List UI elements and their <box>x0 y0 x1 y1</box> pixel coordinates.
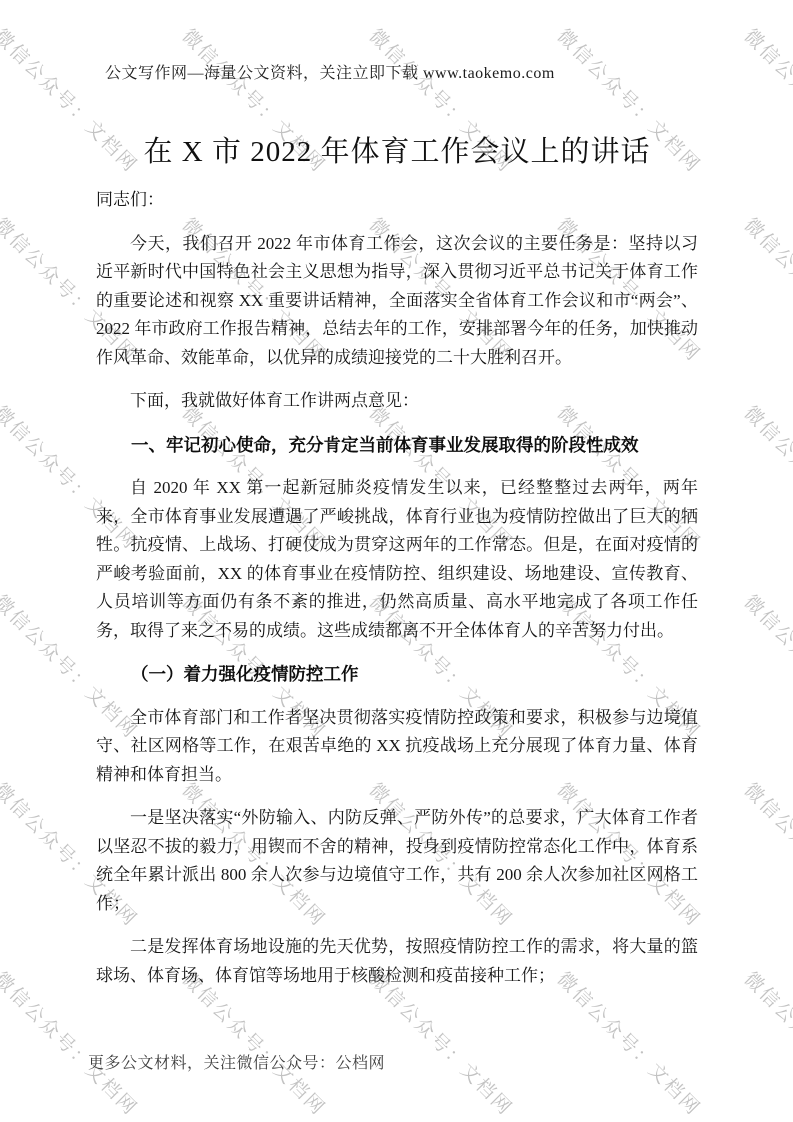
paragraph-opening: 今天，我们召开 2022 年市体育工作会，这次会议的主要任务是：坚持以习近平新时… <box>96 230 698 373</box>
paragraph-transition: 下面，我就做好体育工作讲两点意见： <box>96 387 698 416</box>
salutation: 同志们： <box>96 186 698 215</box>
document-title: 在 X 市 2022 年体育工作会议上的讲话 <box>96 0 698 172</box>
paragraph-epidemic-overview: 全市体育部门和工作者坚决贯彻落实疫情防控政策和要求，积极参与边境值守、社区网格等… <box>96 704 698 790</box>
watermark-text: 微信公众号：文档网 <box>739 211 793 367</box>
watermark-text: 微信公众号：文档网 <box>739 588 793 744</box>
paragraph-review: 自 2020 年 XX 第一起新冠肺炎疫情发生以来，已经整整过去两年，两年来，全… <box>96 474 698 645</box>
watermark-text: 微信公众号：文档网 <box>739 399 793 555</box>
document-page: 微信公众号：文档网微信公众号：文档网微信公众号：文档网微信公众号：文档网微信公众… <box>0 0 793 1122</box>
paragraph-point-two: 二是发挥体育场地设施的先天优势，按照疫情防控工作的需求，将大量的篮球场、体育场、… <box>96 933 698 990</box>
section-heading-1: 一、牢记初心使命，充分肯定当前体育事业发展取得的阶段性成效 <box>96 431 698 460</box>
watermark-text: 微信公众号：文档网 <box>739 776 793 932</box>
subsection-heading-1: （一）着力强化疫情防控工作 <box>96 660 698 689</box>
paragraph-point-one: 一是坚决落实“外防输入、内防反弹、严防外传”的总要求，广大体育工作者以坚忍不拔的… <box>96 804 698 918</box>
watermark-text: 微信公众号：文档网 <box>739 22 793 178</box>
watermark-text: 微信公众号：文档网 <box>739 965 793 1121</box>
document-content: 在 X 市 2022 年体育工作会议上的讲话 同志们： 今天，我们召开 2022… <box>96 0 698 1005</box>
footer-promo-text: 更多公文材料，关注微信公众号：公档网 <box>88 1050 385 1073</box>
